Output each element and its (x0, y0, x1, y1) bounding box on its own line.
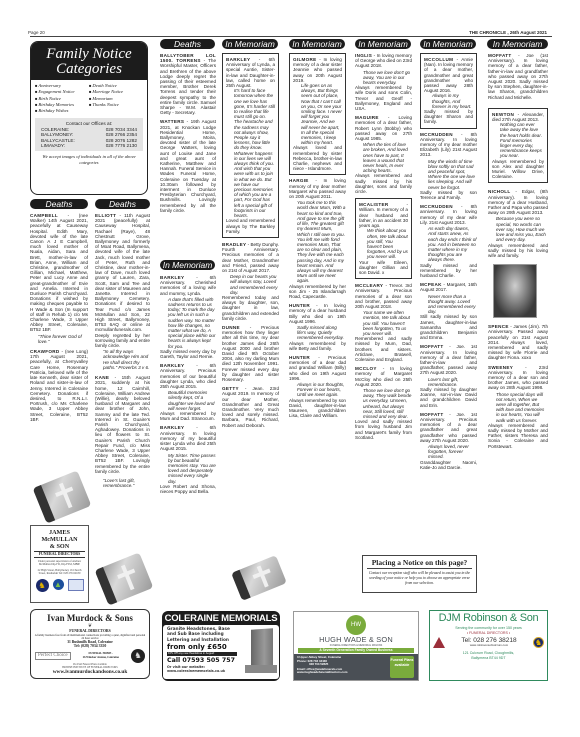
placing-notice-body: Contact our reception staff who will be … (363, 569, 476, 587)
memoriam-notice: SWEENEY - 23rd Anniversary. In loving me… (488, 365, 548, 391)
section-header-memoriam: In Memoriam (355, 39, 411, 49)
notice-text: - Annie (Nan). In loving memory of a dea… (424, 57, 473, 93)
notice-signoff: Remembered and sadly missed by Mum, Dad,… (355, 336, 412, 362)
notice-verse: Always in our thoughts, Forever in our h… (289, 382, 346, 398)
notice-text: - Betty Dunphy. Fourth Anniversary. Prec… (222, 242, 279, 273)
memorial-photo (493, 264, 537, 318)
phone-label: Phone: (297, 659, 307, 663)
notice-verse: Those special days will not return, When… (488, 392, 548, 423)
memoriam-notice: NICHOLL - Edgar, (8th Anniversary). In l… (488, 189, 548, 215)
association-seal-icon: ♞ (36, 579, 49, 592)
notice-verse: "Thine forever God of love." (30, 334, 88, 344)
page-number: Page 20 (28, 30, 45, 35)
memoriam-notice: MCCLOY - In loving memory of Margaret Mc… (355, 366, 412, 387)
notice-verse: Nothing can ever take away the love the … (492, 122, 544, 158)
office-contacts: Contact our Offices at: COLERAINE:028 70… (35, 118, 143, 151)
memoriam-notice: MOFFATT - Joe (1st Anniversary). In lovi… (488, 53, 548, 100)
section-header-memoriam: In Memoriam (420, 39, 476, 49)
notice-signoff: Your wife Eileen, daughter Gillian and s… (359, 260, 408, 276)
notice-verse: May the winds of time blow softly on tha… (420, 159, 477, 190)
memoriam-notice: MOFFATT - Joe. 1st Anniversary. In lovin… (420, 344, 477, 375)
notice-text: - 19th August 2021, at Knockan Lodge Res… (160, 119, 216, 212)
memoriam-notice: MCCRUDDEN - 8th Anniversary. In loving m… (420, 132, 477, 158)
column-7: MCCOLLUM - Annie (Nan). In loving memory… (420, 53, 477, 474)
memoriam-notice: HARGIE - In loving memory of my dear mot… (289, 178, 346, 199)
notice-signoff: Still sadly missed by son James, daughte… (420, 314, 477, 340)
section-header-deaths: Deaths (160, 39, 215, 49)
ad-sub: • FUNERAL DIRECTORS • (430, 631, 547, 636)
notice-verse: Those we love don't go away, They walk b… (355, 388, 412, 419)
notice-signoff: Always loved and remembered by sister Re… (293, 145, 342, 171)
death-notice: KANE - 15th August 2021, suddenly at his… (95, 375, 150, 474)
boxed-memoriam-notice: BARKLEY - 6th Anniversary of Lynda, a sp… (222, 53, 279, 238)
headstone-base (245, 665, 277, 673)
office-row: LIMAVADY:028 7776 2130 (41, 143, 137, 149)
notice-signoff: Always remembered by Mum and Dad. Strano… (160, 411, 216, 421)
notice-verse: Because you were so special, No words ca… (488, 216, 548, 242)
ad-name-2: & SON (31, 543, 88, 550)
notice-signoff: Sadly missed by daughter Sharon and fami… (424, 109, 473, 125)
headstone-image (251, 628, 273, 670)
memoriam-notice: DUNNE - Precious memories how they linge… (222, 325, 279, 382)
notice-signoff: Always remembered and sadly missed by Mo… (488, 423, 548, 449)
ad-name: Ivan Murdock & Sons (31, 613, 149, 624)
title-line-1: Family Notice (31, 47, 147, 62)
ad-offer: 10% Off any new Headstone in August (167, 652, 237, 656)
notice-text: - 11th August 2021 (peacefully) at Cause… (95, 213, 150, 348)
notice-signoff: Always remembered and sadly missed by hi… (355, 173, 412, 194)
death-notice: CAMPBELL - (nee Walker) 14th August 2021… (30, 213, 88, 333)
ad-title: COLERAINE MEMORIALS (163, 612, 279, 625)
page-header: Page 20 THE CHRONICLE , 26th August 2021 (0, 0, 580, 31)
association-triangle-icon (433, 637, 445, 648)
placing-notice-box: Placing a Notice on this page? Contact o… (362, 555, 477, 593)
notice-text: - Joe. 1st Anniversary. In loving memory… (420, 344, 477, 375)
ad-tagline: A Seventh Generation Family Owned Busine… (298, 648, 414, 653)
notice-signoff: Always remembered by her son Jim - 25 Is… (289, 284, 346, 300)
section-header-memoriam: In Memoriam (289, 39, 345, 49)
memoriam-notice: BARKLEY - 6th Anniversary. Cherished mem… (160, 275, 216, 296)
header-rule (30, 36, 552, 37)
notice-signoff: Remembered today and always by daughter,… (222, 295, 279, 321)
notice-verse: Life goes on as always, But things seem … (293, 83, 342, 145)
memoriam-notice: MCPEAK - Margaret, 16th August 2017. (420, 282, 477, 292)
notice-signoff: Always remembered by son Alex and daught… (492, 159, 544, 180)
notice-verse: As each day dawns, And starts anew, As e… (420, 226, 477, 262)
death-notice: WATTERS - 19th August 2021, at Knockan L… (160, 119, 216, 213)
column-3-memoriam: BARKLEY - 6th Anniversary. Cherished mem… (160, 275, 216, 498)
notice-signoff: Love Robert and Shona, nieces Poppy and … (160, 484, 216, 494)
coleraine-memorials-ad[interactable]: COLERAINE MEMORIALS Granite Headstones, … (162, 611, 280, 681)
tree-logo-icon: ▲ (53, 579, 64, 590)
notice-verse: "Love's last gift, remembrance." (95, 478, 150, 488)
boxed-memoriam-notice: MCALISTER - William. In memory of a dear… (355, 198, 412, 279)
ad-sub: FUNERAL DIRECTORS (34, 551, 85, 558)
death-notice: CRAWFORD - (nee Long) 17th August 2021, … (30, 349, 88, 422)
bible-cross-image (95, 552, 154, 605)
notice-verse: Love's last gift, remembrance. (420, 377, 477, 387)
djm-robinson-ad[interactable]: DJM Robinson & Son Serving the community… (429, 610, 548, 681)
notice-signoff: Always remembered by wife Betty and fami… (289, 341, 346, 351)
notice-signoff: Sadly missed every day by Gareth, Taylor… (160, 349, 216, 359)
ad-url[interactable]: www.ivanmurdockandsons.co.uk (31, 669, 149, 676)
memoriam-notice: HUNTER - Precious memories of a dear dad… (289, 355, 346, 381)
bible-cross-image (33, 470, 92, 523)
notice-text: - Jean. 23rd August 2019. In memory of o… (222, 386, 279, 427)
category-item: Thanks Notice (89, 102, 143, 108)
ad-address: 22 High Street, Ballymoney 16 Church Str… (31, 568, 88, 577)
column-1: CAMPBELL - (nee Walker) 14th August 2021… (30, 213, 88, 426)
section-header-memoriam: In Memoriam (222, 39, 278, 49)
category-list: Anniversary Death Notice Engagement Noti… (31, 80, 147, 114)
ad-supervision: Under personal supervision of Andrew McM… (31, 559, 88, 568)
notice-text: - 6th Anniversary of Lynda, a special Au… (226, 57, 275, 88)
hw-logo-icon: HW (346, 615, 366, 635)
ad-sub: FUNERAL DIRECTORS & MEMORIAL MASONS (294, 644, 418, 647)
memoriam-notice: MCCRUDDEN - 8th anniversary. In loving m… (420, 204, 477, 225)
category-item: Birthday Wishes (35, 108, 89, 114)
memoriam-notice: MAGUIRE - Loving memories of a dear fath… (355, 115, 412, 141)
ad-name: DJM Robinson & Son (430, 611, 547, 626)
column-3: BALLYTOBER LOL 1500. TORRENS - The Worsh… (160, 53, 216, 217)
ad-address-2: Ballymena BT44 9DT (430, 656, 547, 661)
categories-title: Family Notice Categories (31, 42, 147, 80)
bible-cross-image (231, 555, 287, 601)
memoriam-notice: SPENCE - James (Jim). 7th Anniversary. P… (488, 324, 548, 360)
column-2: ELLIOTT - 11th August 2021 (peacefully) … (95, 213, 150, 488)
notice-verse: Always in my thoughts, And forever in my… (424, 93, 473, 109)
memoriam-notice: INGLIS - In loving memory of George who … (355, 53, 412, 69)
notice-verse: "In all thy ways acknowledge Him and He … (95, 349, 150, 370)
boxed-memoriam-notice: NEWTON - Alexander, died 27th August 201… (488, 108, 548, 184)
notice-signoff: Loved and sadly missed from loving husba… (355, 419, 412, 440)
family-notice-categories-box: Family Notice Categories Anniversary Dea… (30, 41, 148, 195)
notice-verse: It's hard to face tomorrow when the one … (226, 88, 275, 218)
notice-signoff: Always remembered by wife Doris and sons… (355, 85, 412, 111)
column-5: GILMORE - In loving memory of a dear sis… (289, 53, 346, 422)
notice-signoff: Always remembered by son David, daughter… (289, 398, 346, 419)
notice-signoff: Always remembered and sadly missed by hi… (488, 243, 548, 259)
ad-name: HUGH WADE & SON (294, 636, 418, 644)
boxed-memoriam-notice: GILMORE - In loving memory of a dear sis… (289, 53, 346, 175)
notice-text: - James (Jim). 7th Anniversary. Passed a… (488, 324, 548, 360)
notice-signoff: Granddaughter Naomi, Katie-Jo and Darcie… (420, 460, 477, 470)
section-header-memoriam: In Memoriam (160, 260, 215, 270)
notice-text: - Joe (1st Anniversary). In loving memor… (488, 53, 548, 100)
death-notice: BALLYTOBER LOL 1500. TORRENS - The Worsh… (160, 53, 216, 115)
notice-verse: Never more than a thought away. Loved an… (420, 294, 477, 315)
notice-text: - Joe. 1st Anniversary. Precious memorie… (420, 412, 477, 443)
death-notice: ELLIOTT - 11th August 2021 (peacefully) … (95, 213, 150, 348)
notice-text: - The Worshipful Master, Officers and Br… (160, 58, 216, 115)
images-note: We accept images of individuals in all o… (31, 151, 147, 165)
memoriam-notice: HUNTER - In loving memory of a dear husb… (289, 303, 346, 324)
section-header-memoriam: In Memoriam (487, 39, 548, 49)
notice-signoff: Sadly missed by daughter Joanne, son-in-… (420, 387, 477, 408)
notice-verse: Always loved, never forgotten, forever m… (420, 444, 477, 460)
office-name: LIMAVADY: (41, 143, 65, 149)
notice-signoff: Sadly missed by son Terence and Family. (420, 190, 477, 200)
notice-verse: Those we love don't go away, You are in … (355, 70, 412, 86)
memoriam-notice: BRADLEY - Betty Dunphy. Fourth Anniversa… (222, 242, 279, 273)
column-6: INGLIS - In loving memory of George who … (355, 53, 412, 444)
notice-verse: You took me to this world dear Mum, With… (289, 200, 346, 283)
notice-verse: Your name we often mention, We talk abou… (355, 310, 412, 336)
ad-name: JAMES McMULLAN (31, 529, 88, 543)
memoriam-notice: GETTY - Jean. 23rd August 2019. In memor… (222, 386, 279, 428)
notice-text: - (nee Walker) 14th August 2021, peacefu… (30, 213, 88, 332)
notice-verse: Sadly missed along life's way, Quietly r… (289, 325, 346, 341)
association-seal-icon: ♞ (533, 637, 544, 648)
office-phone: 028 7776 2130 (106, 143, 137, 149)
notice-verse: We think about you often, We talk about … (359, 228, 408, 259)
boxed-memoriam-notice: MCCOLLUM - Annie (Nan). In loving memory… (420, 53, 477, 129)
home-address: 26 Windsor Avenue, Coleraine (83, 656, 119, 659)
notice-verse: A date that's filled with sadness return… (160, 297, 216, 349)
ivan-murdock-ad[interactable]: Ivan Murdock & Sons ❦ FUNERAL DIRECTORS … (30, 609, 150, 679)
masthead: THE CHRONICLE , 26th August 2021 (469, 30, 547, 35)
memoriam-notice: BARKLEY - 6th Anniversary. In loving mem… (160, 425, 216, 451)
title-line-2: Categories (31, 62, 147, 77)
memoriam-notice: MOFFATT - Joe. 1st Anniversary. Precious… (420, 412, 477, 443)
section-header-deaths: Deaths (30, 199, 88, 209)
notice-verse: Beautiful memories silently kept, Of a d… (160, 390, 216, 411)
column-8: MOFFATT - Joe (1st Anniversary). In lovi… (488, 53, 548, 453)
hugh-wade-ad[interactable]: HW HUGH WADE & SON FUNERAL DIRECTORS & M… (293, 611, 419, 681)
mcmullan-ad[interactable]: JAMES McMULLAN & SON FUNERAL DIRECTORS U… (30, 525, 89, 603)
ad-url[interactable]: www.robinsonsofculcrum.com (461, 644, 516, 648)
funeral-plans-badge: Funeral Plans available (390, 656, 414, 678)
notice-text: - 15th August 2021, suddenly at his home… (95, 375, 150, 474)
notice-signoff: Loved and remembered always by The Barkl… (226, 218, 275, 234)
notice-verse: Deep in our hearts you will always stay,… (222, 274, 279, 295)
placing-notice-title: Placing a Notice on this page? (367, 558, 472, 569)
memoriam-notice: MCCLEARY - Trevor. 3rd Anniversary. Prec… (355, 283, 412, 309)
notice-verse: My Sister. Time passes by but beautiful … (160, 453, 216, 484)
notice-text: - Precious memories how they linger afte… (222, 325, 279, 382)
column-4: BARKLEY - 6th Anniversary of Lynda, a sp… (222, 53, 279, 432)
perfect-choice-logo: Perfect Choice (35, 652, 71, 660)
select-logo (68, 579, 84, 591)
notice-verse: When the ties of love are broken, And lo… (355, 142, 412, 173)
memoriam-notice: BARKLEY - 6th Anniversary. Precious memo… (160, 363, 216, 389)
notice-signoff: Sadly missed and remembered by her husba… (420, 263, 477, 279)
notice-text: - (nee Long) 17th August 2021, peacefull… (30, 349, 88, 422)
section-header-deaths: Deaths (95, 199, 150, 209)
association-seal-icon: ♞ (131, 649, 145, 663)
